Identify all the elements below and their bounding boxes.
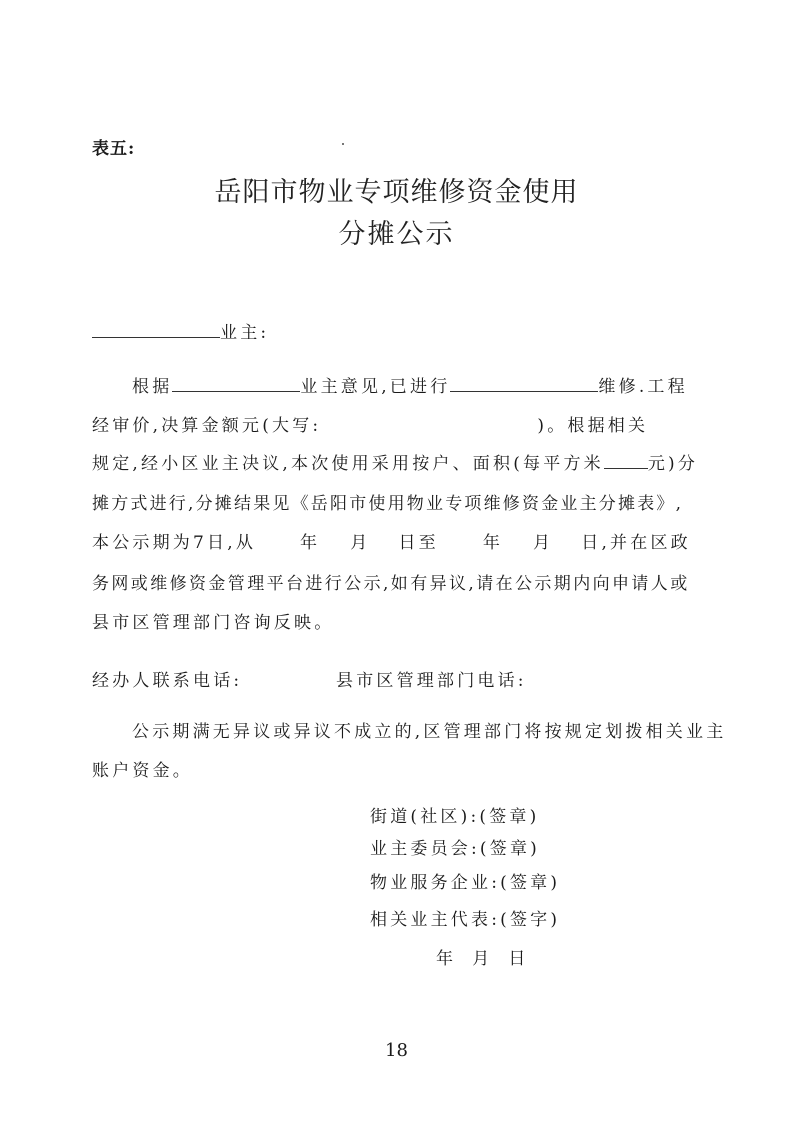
closing-line-1: 公示期满无异议或异议不成立的,区管理部门将按规定划拨相关业主: [132, 717, 726, 742]
end-month: 月: [533, 533, 553, 553]
date-line: 年月日: [436, 944, 529, 969]
addressee-line: 业主:: [92, 318, 269, 343]
signature-owners-committee: 业主委员会:(签章): [370, 834, 540, 859]
start-day: 日至: [398, 533, 438, 553]
body-line-1: 根据业主意见,已进行维修.工程: [132, 372, 688, 397]
body-line-5: 本公示期为7日,从年月日至年月日,并在区政: [92, 528, 691, 553]
page-number: 18: [0, 1040, 793, 1061]
text: 业主意见,已进行: [300, 377, 450, 397]
per-sqm-amount-blank[interactable]: [604, 451, 648, 469]
signature-street: 街道(社区):(签章): [370, 802, 539, 827]
text: 元)分: [648, 454, 698, 474]
page-title: 岳阳市物业专项维修资金使用: [0, 170, 793, 209]
repair-item-blank[interactable]: [450, 374, 598, 392]
text: 维修.工程: [598, 377, 687, 397]
text: 经审价,决算金额元(大写:: [92, 416, 321, 436]
signature-owner-representative: 相关业主代表:(签字): [370, 905, 560, 930]
text: 根据: [132, 377, 172, 397]
page-subtitle: 分摊公示: [0, 212, 793, 251]
body-line-3: 规定,经小区业主决议,本次使用采用按户、面积(每平方米元)分: [92, 449, 698, 474]
handler-phone-label: 经办人联系电话:: [92, 666, 242, 691]
closing-line-2: 账户资金。: [92, 756, 193, 781]
dept-phone-label: 县市区管理部门电话:: [336, 666, 527, 691]
end-year: 年: [483, 533, 503, 553]
date-month: 月: [472, 949, 492, 969]
signature-property-company: 物业服务企业:(签章): [370, 868, 560, 893]
text: 本公示期为7日,从: [92, 533, 256, 553]
owner-name-blank[interactable]: [92, 320, 220, 338]
body-line-2: 经审价,决算金额元(大写:)。根据相关: [92, 411, 648, 436]
start-year: 年: [300, 533, 320, 553]
body-line-7: 县市区管理部门咨询反映。: [92, 608, 334, 633]
body-line-6: 务网或维修资金管理平台进行公示,如有异议,请在公示期内向申请人或: [92, 569, 690, 594]
date-year: 年: [436, 949, 456, 969]
addressee-suffix: 业主:: [220, 323, 269, 343]
end-day: 日,并在区政: [581, 533, 691, 553]
date-day: 日: [508, 949, 528, 969]
start-month: 月: [350, 533, 370, 553]
body-line-4: 摊方式进行,分摊结果见《岳阳市使用物业专项维修资金业主分摊表》,: [92, 489, 683, 514]
owners-blank[interactable]: [172, 374, 300, 392]
text: )。根据相关: [537, 416, 648, 436]
scan-speck: [342, 143, 344, 145]
table-label: 表五:: [92, 134, 135, 159]
text: 规定,经小区业主决议,本次使用采用按户、面积(每平方米: [92, 454, 604, 474]
